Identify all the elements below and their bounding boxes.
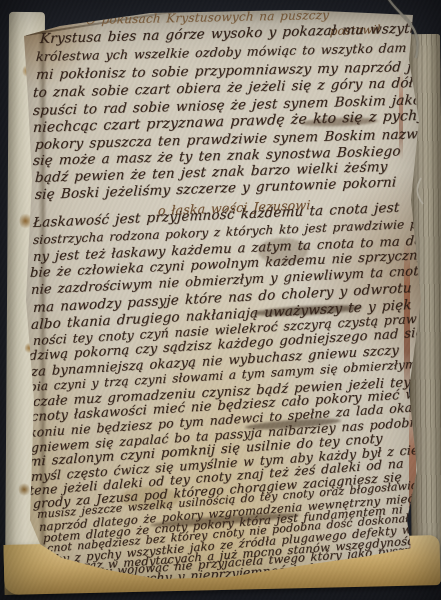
handwritten-text: O pokusach Krystusowych na puszczypostaw… <box>0 0 441 600</box>
fox-spot <box>19 482 30 497</box>
manuscript-photo: O pokusach Krystusowych na puszczypostaw… <box>0 0 441 600</box>
manuscript-page: O pokusach Krystusowych na puszczypostaw… <box>0 0 441 600</box>
